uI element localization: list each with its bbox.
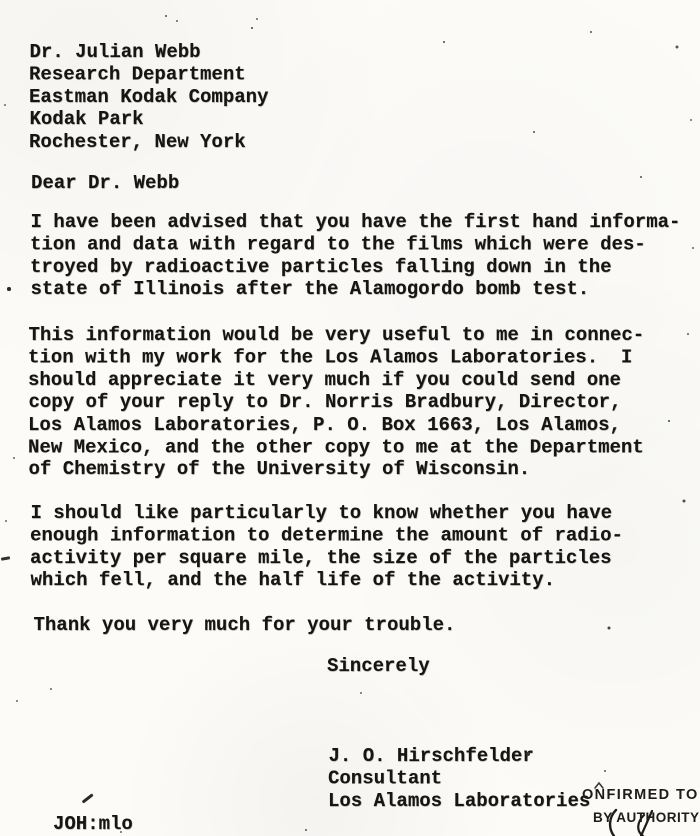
scanned-letter-page: Dr. Julian WebbResearch DepartmentEastma… (0, 0, 700, 836)
text-line: I have been advised that you have the fi… (31, 211, 681, 233)
text-line: activity per square mile, the size of th… (30, 547, 623, 569)
text-line: troyed by radioactive particles falling … (30, 256, 680, 278)
body-paragraph-4: Thank you very much for your trouble. (33, 614, 455, 636)
text-line: I should like particularly to know wheth… (31, 502, 624, 524)
text-line: This information would be very useful to… (29, 324, 645, 346)
text-line: Eastman Kodak Company (29, 86, 268, 108)
margin-dot-mark (7, 287, 11, 291)
text-line: Los Alamos Laboratories (328, 790, 590, 812)
text-line: Research Department (29, 64, 268, 86)
text-line: state of Illinois after the Alamogordo b… (31, 278, 681, 300)
text-line: Thank you very much for your trouble. (34, 614, 456, 636)
salutation: Dear Dr. Webb (31, 172, 179, 194)
text-line: Kodak Park (30, 108, 269, 130)
text-line: copy of your reply to Dr. Norris Bradbur… (29, 391, 645, 413)
text-line: should appreciate it very much if you co… (28, 369, 644, 391)
text-line: enough information to determine the amou… (30, 525, 623, 547)
text-line: which fell, and the half life of the act… (31, 569, 624, 591)
text-line: Los Alamos Laboratories, P. O. Box 1663,… (28, 414, 644, 436)
recipient-address-block: Dr. Julian WebbResearch DepartmentEastma… (29, 41, 268, 153)
body-paragraph-1: I have been advised that you have the fi… (30, 211, 680, 301)
typist-reference: JOH:mlo (53, 813, 133, 835)
text-line: tion and data with regard to the films w… (30, 234, 680, 256)
text-line: Consultant (328, 768, 590, 790)
scan-noise-specks (0, 0, 2, 2)
body-paragraph-3: I should like particularly to know wheth… (30, 502, 623, 592)
signature-block: J. O. HirschfelderConsultantLos Alamos L… (328, 745, 590, 812)
text-line: tion with my work for the Los Alamos Lab… (28, 347, 644, 369)
text-line: Dr. Julian Webb (30, 41, 269, 63)
text-line: New Mexico, and the other copy to me at … (28, 436, 644, 458)
closing-line: Sincerely (327, 655, 430, 677)
text-line: Rochester, New York (29, 131, 268, 153)
body-paragraph-2: This information would be very useful to… (28, 324, 644, 481)
text-line: J. O. Hirschfelder (329, 745, 591, 767)
stray-pen-mark (82, 793, 94, 803)
text-line: of Chemistry of the University of Wiscon… (29, 458, 645, 480)
margin-dash-mark (1, 556, 10, 560)
handwritten-pen-marks-icon (588, 779, 700, 836)
